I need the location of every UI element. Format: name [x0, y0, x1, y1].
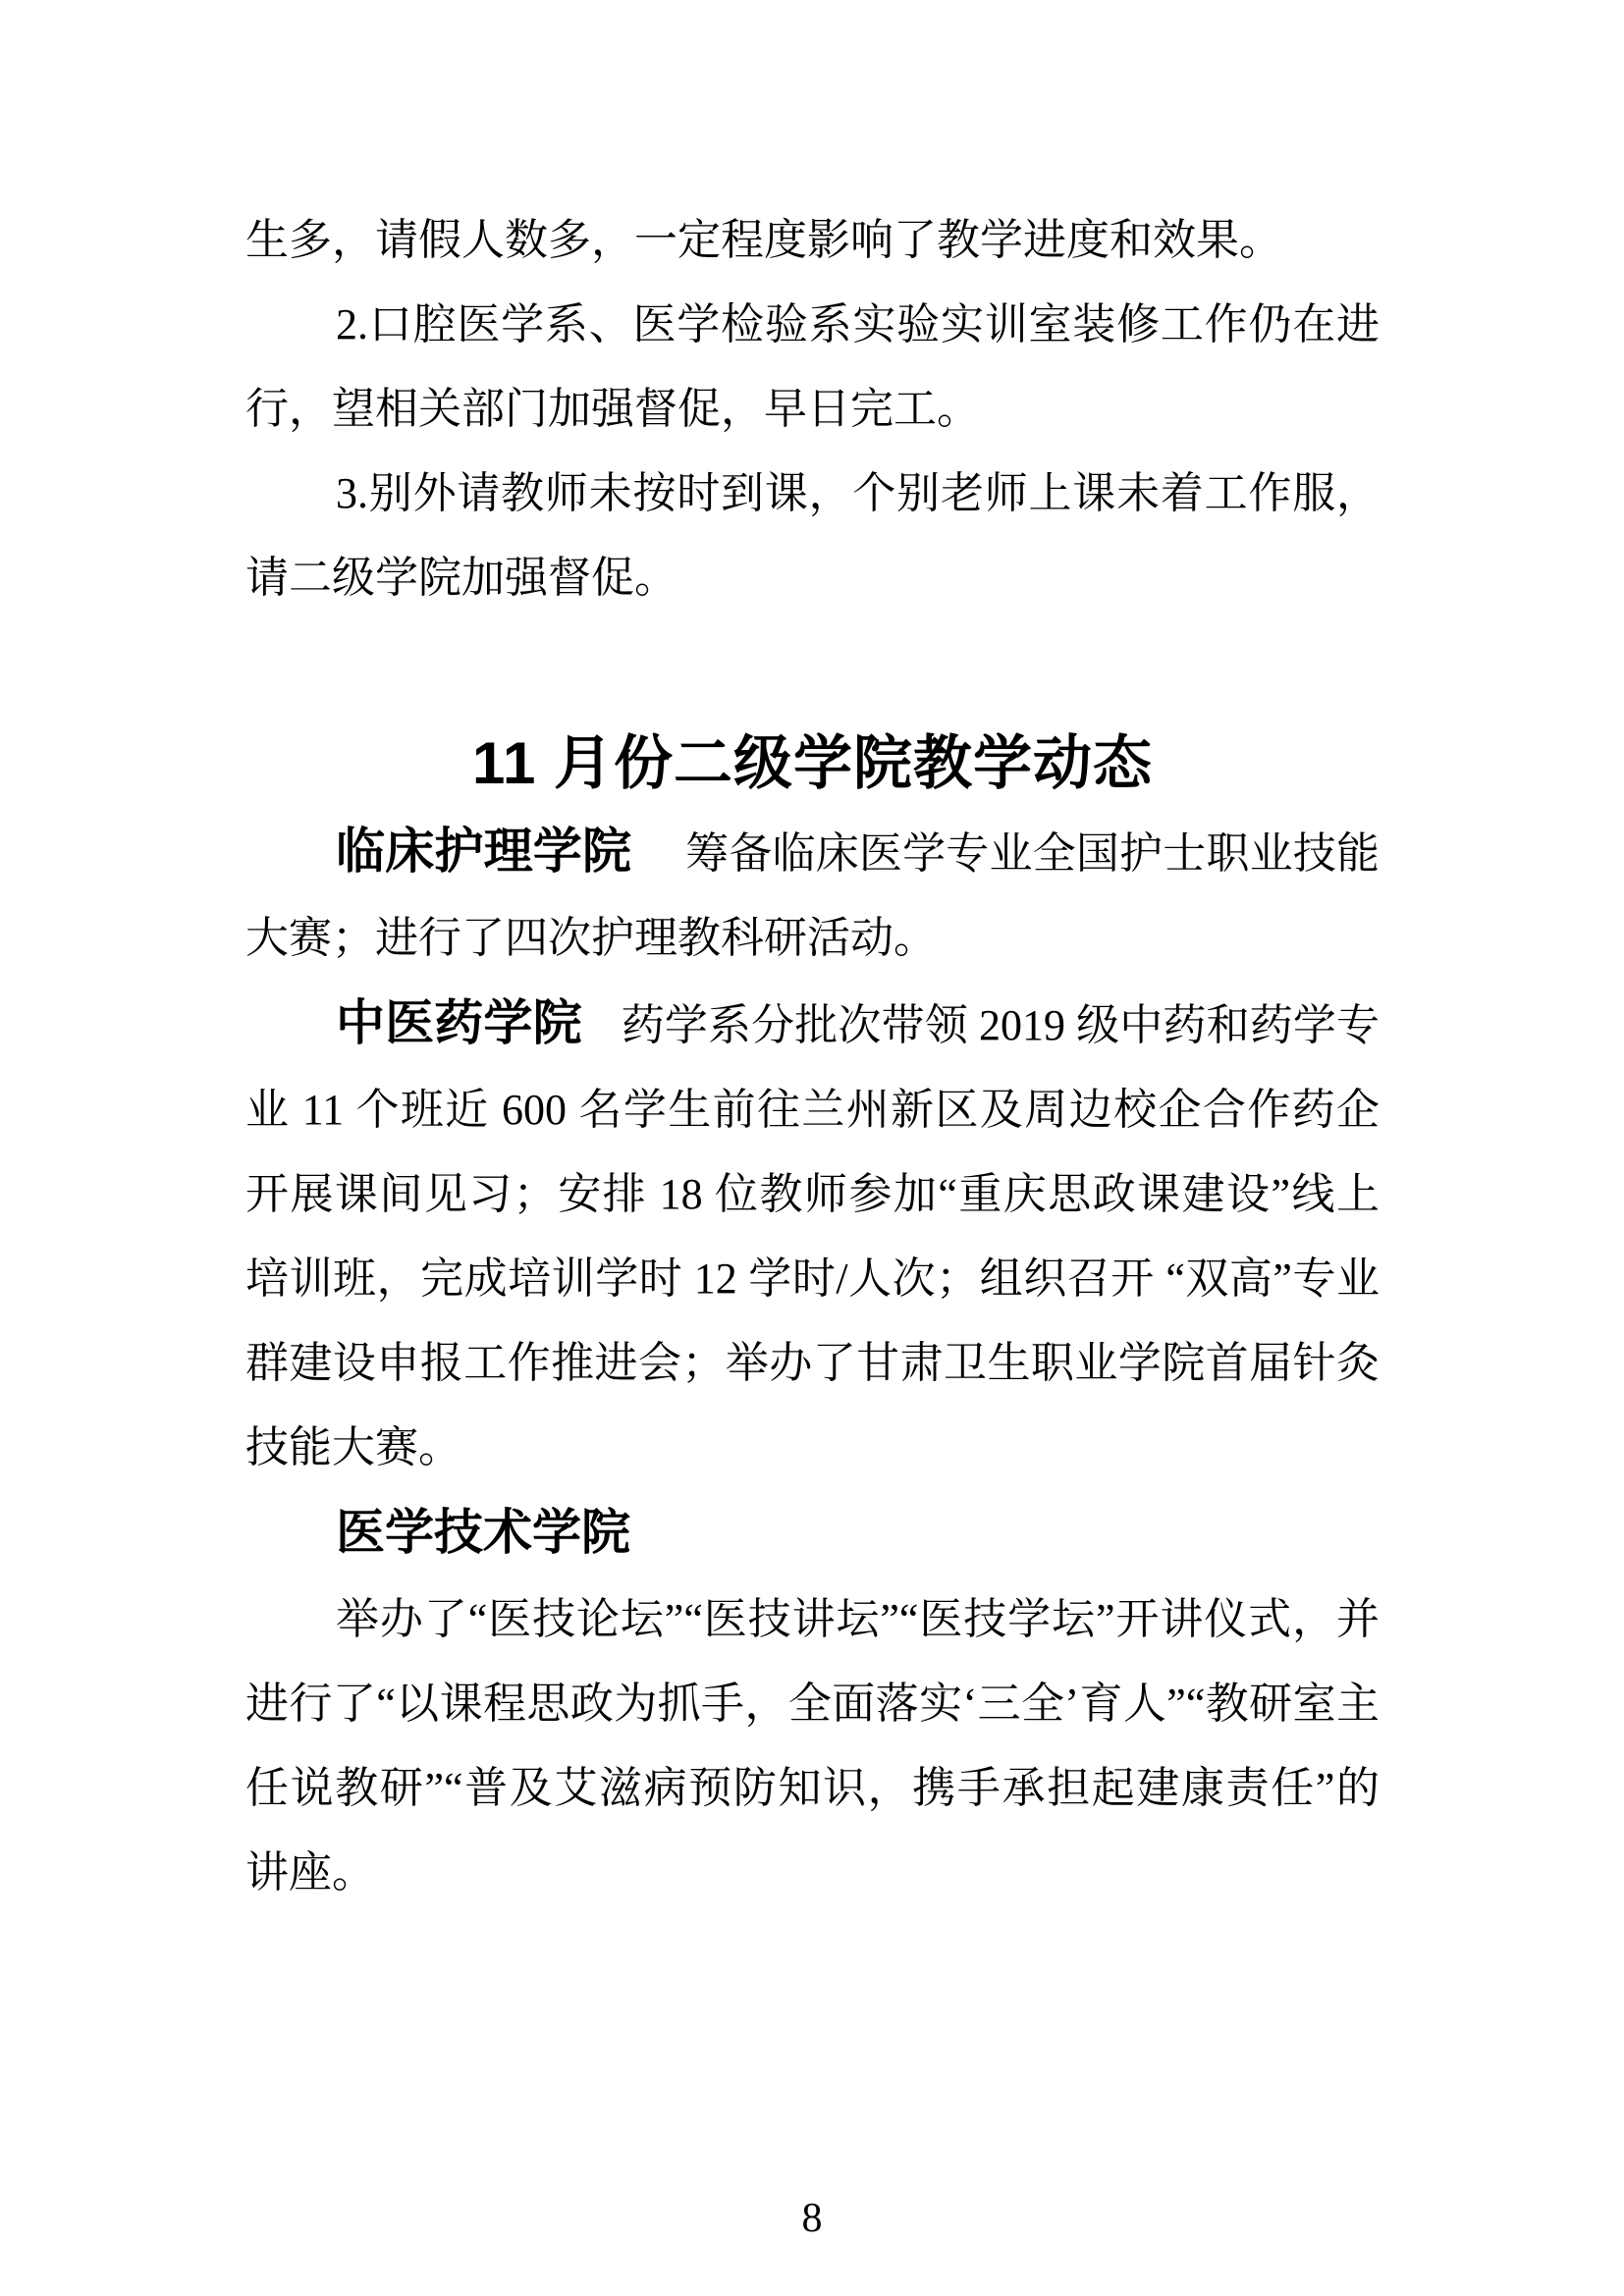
college-paragraph-medtech-text: 举办了“医技论坛”“医技讲坛”“医技学坛”开讲仪式，并进行了“以课程思政为抓手，… [245, 1577, 1380, 1915]
paragraph-item-3: 3.别外请教师未按时到课，个别老师上课未着工作服，请二级学院加强督促。 [245, 452, 1380, 620]
college-label-medtech: 医学技术学院 [336, 1505, 630, 1560]
paragraph-continuation: 生多，请假人数多，一定程度影响了教学进度和效果。 [245, 198, 1380, 283]
college-paragraph-medtech-label: 医学技术学院 [245, 1490, 1380, 1577]
college-text-tcm: 药学系分批次带领 2019 级中药和药学专业 11 个班近 600 名学生前往兰… [245, 1001, 1380, 1471]
college-paragraph-tcm: 中医药学院药学系分批次带领 2019 级中药和药学专业 11 个班近 600 名… [245, 981, 1380, 1490]
college-paragraph-nursing: 临床护理学院筹备临床医学专业全国护士职业技能大赛；进行了四次护理教科研活动。 [245, 809, 1380, 981]
college-text-medtech: 举办了“医技论坛”“医技讲坛”“医技学坛”开讲仪式，并进行了“以课程思政为抓手，… [245, 1595, 1380, 1896]
paragraph-item-2: 2.口腔医学系、医学检验系实验实训室装修工作仍在进行，望相关部门加强督促，早日完… [245, 283, 1380, 452]
college-label-nursing: 临床护理学院 [336, 824, 631, 879]
college-label-tcm: 中医药学院 [336, 995, 582, 1050]
document-page: 生多，请假人数多，一定程度影响了教学进度和效果。 2.口腔医学系、医学检验系实验… [0, 0, 1624, 2296]
document-body: 生多，请假人数多，一定程度影响了教学进度和效果。 2.口腔医学系、医学检验系实验… [245, 198, 1380, 1915]
section-heading: 11 月份二级学院教学动态 [245, 719, 1380, 809]
page-number: 8 [0, 2197, 1624, 2240]
